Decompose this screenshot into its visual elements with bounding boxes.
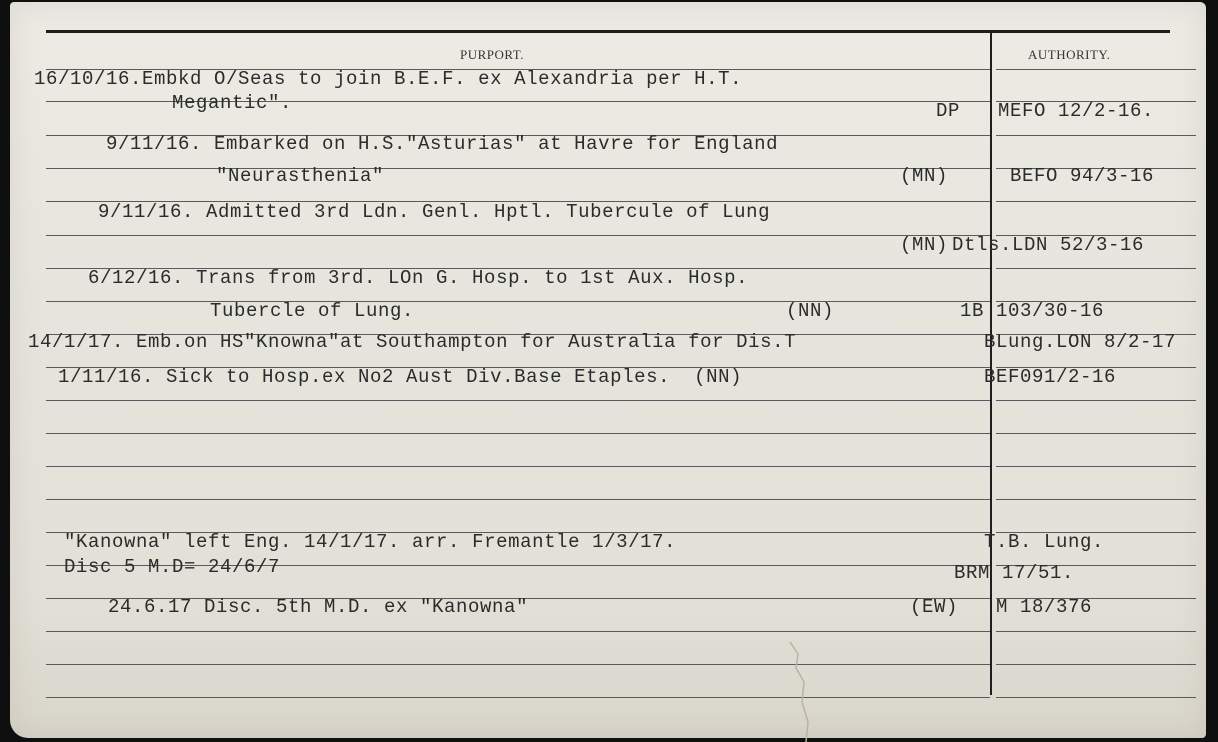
rule-line <box>46 664 990 665</box>
purport-entry: 6/12/16. Trans from 3rd. LOn G. Hosp. to… <box>88 267 748 289</box>
rule-line <box>996 433 1196 434</box>
purport-entry: 16/10/16.Embkd O/Seas to join B.E.F. ex … <box>34 68 742 90</box>
authority-entry: MEFO 12/2-16. <box>998 100 1154 122</box>
rule-line <box>996 69 1196 70</box>
purport-entry: 9/11/16. Embarked on H.S."Asturias" at H… <box>106 133 778 155</box>
rule-line <box>996 268 1196 269</box>
rule-line <box>996 664 1196 665</box>
top-border-line <box>46 30 1170 33</box>
purport-entry: 9/11/16. Admitted 3rd Ldn. Genl. Hptl. T… <box>98 201 770 223</box>
purport-entry: (NN) <box>786 300 834 322</box>
authority-header: AUTHORITY. <box>1028 47 1110 63</box>
rule-line <box>996 631 1196 632</box>
rule-line <box>46 433 990 434</box>
purport-entry: DP <box>936 100 960 122</box>
purport-entry: (MN) <box>900 165 948 187</box>
rule-line <box>996 135 1196 136</box>
authority-entry: T.B. Lung. <box>984 531 1104 553</box>
purport-entry: Tubercle of Lung. <box>210 300 414 322</box>
rule-line <box>46 499 990 500</box>
service-record-card: PURPORT. AUTHORITY. 16/10/16.Embkd O/Sea… <box>10 2 1206 738</box>
rule-line <box>46 466 990 467</box>
authority-entry: 1B 103/30-16 <box>960 300 1104 322</box>
purport-entry: (MN) <box>900 234 948 256</box>
paper-crease <box>786 642 826 742</box>
authority-entry: BEFO 94/3-16 <box>1010 165 1154 187</box>
rule-line <box>46 697 990 698</box>
authority-entry: BLung.LON 8/2-17 <box>984 331 1176 353</box>
authority-entry: BRM 17/51. <box>954 562 1074 584</box>
purport-entry: Disc 5 M.D= 24/6/7 <box>64 556 280 578</box>
rule-line <box>996 466 1196 467</box>
rule-line <box>46 301 990 302</box>
authority-entry: M 18/376 <box>996 596 1092 618</box>
column-divider <box>990 33 992 695</box>
purport-header: PURPORT. <box>460 47 524 63</box>
rule-line <box>46 400 990 401</box>
authority-entry: BEF091/2-16 <box>984 366 1116 388</box>
purport-entry: 24.6.17 Disc. 5th M.D. ex "Kanowna" <box>108 596 528 618</box>
rule-line <box>996 201 1196 202</box>
rule-line <box>996 400 1196 401</box>
purport-entry: 1/11/16. Sick to Hosp.ex No2 Aust Div.Ba… <box>58 366 742 388</box>
rule-line <box>996 499 1196 500</box>
rule-line <box>996 697 1196 698</box>
rule-line <box>46 631 990 632</box>
authority-entry: Dtls.LDN 52/3-16 <box>952 234 1144 256</box>
rule-line <box>46 235 990 236</box>
purport-entry: 14/1/17. Emb.on HS"Knowna"at Southampton… <box>28 331 796 353</box>
purport-entry: Megantic". <box>172 92 292 114</box>
purport-entry: "Neurasthenia" <box>216 165 384 187</box>
purport-entry: "Kanowna" left Eng. 14/1/17. arr. Freman… <box>64 531 676 553</box>
rule-line <box>46 168 990 169</box>
purport-entry: (EW) <box>910 596 958 618</box>
